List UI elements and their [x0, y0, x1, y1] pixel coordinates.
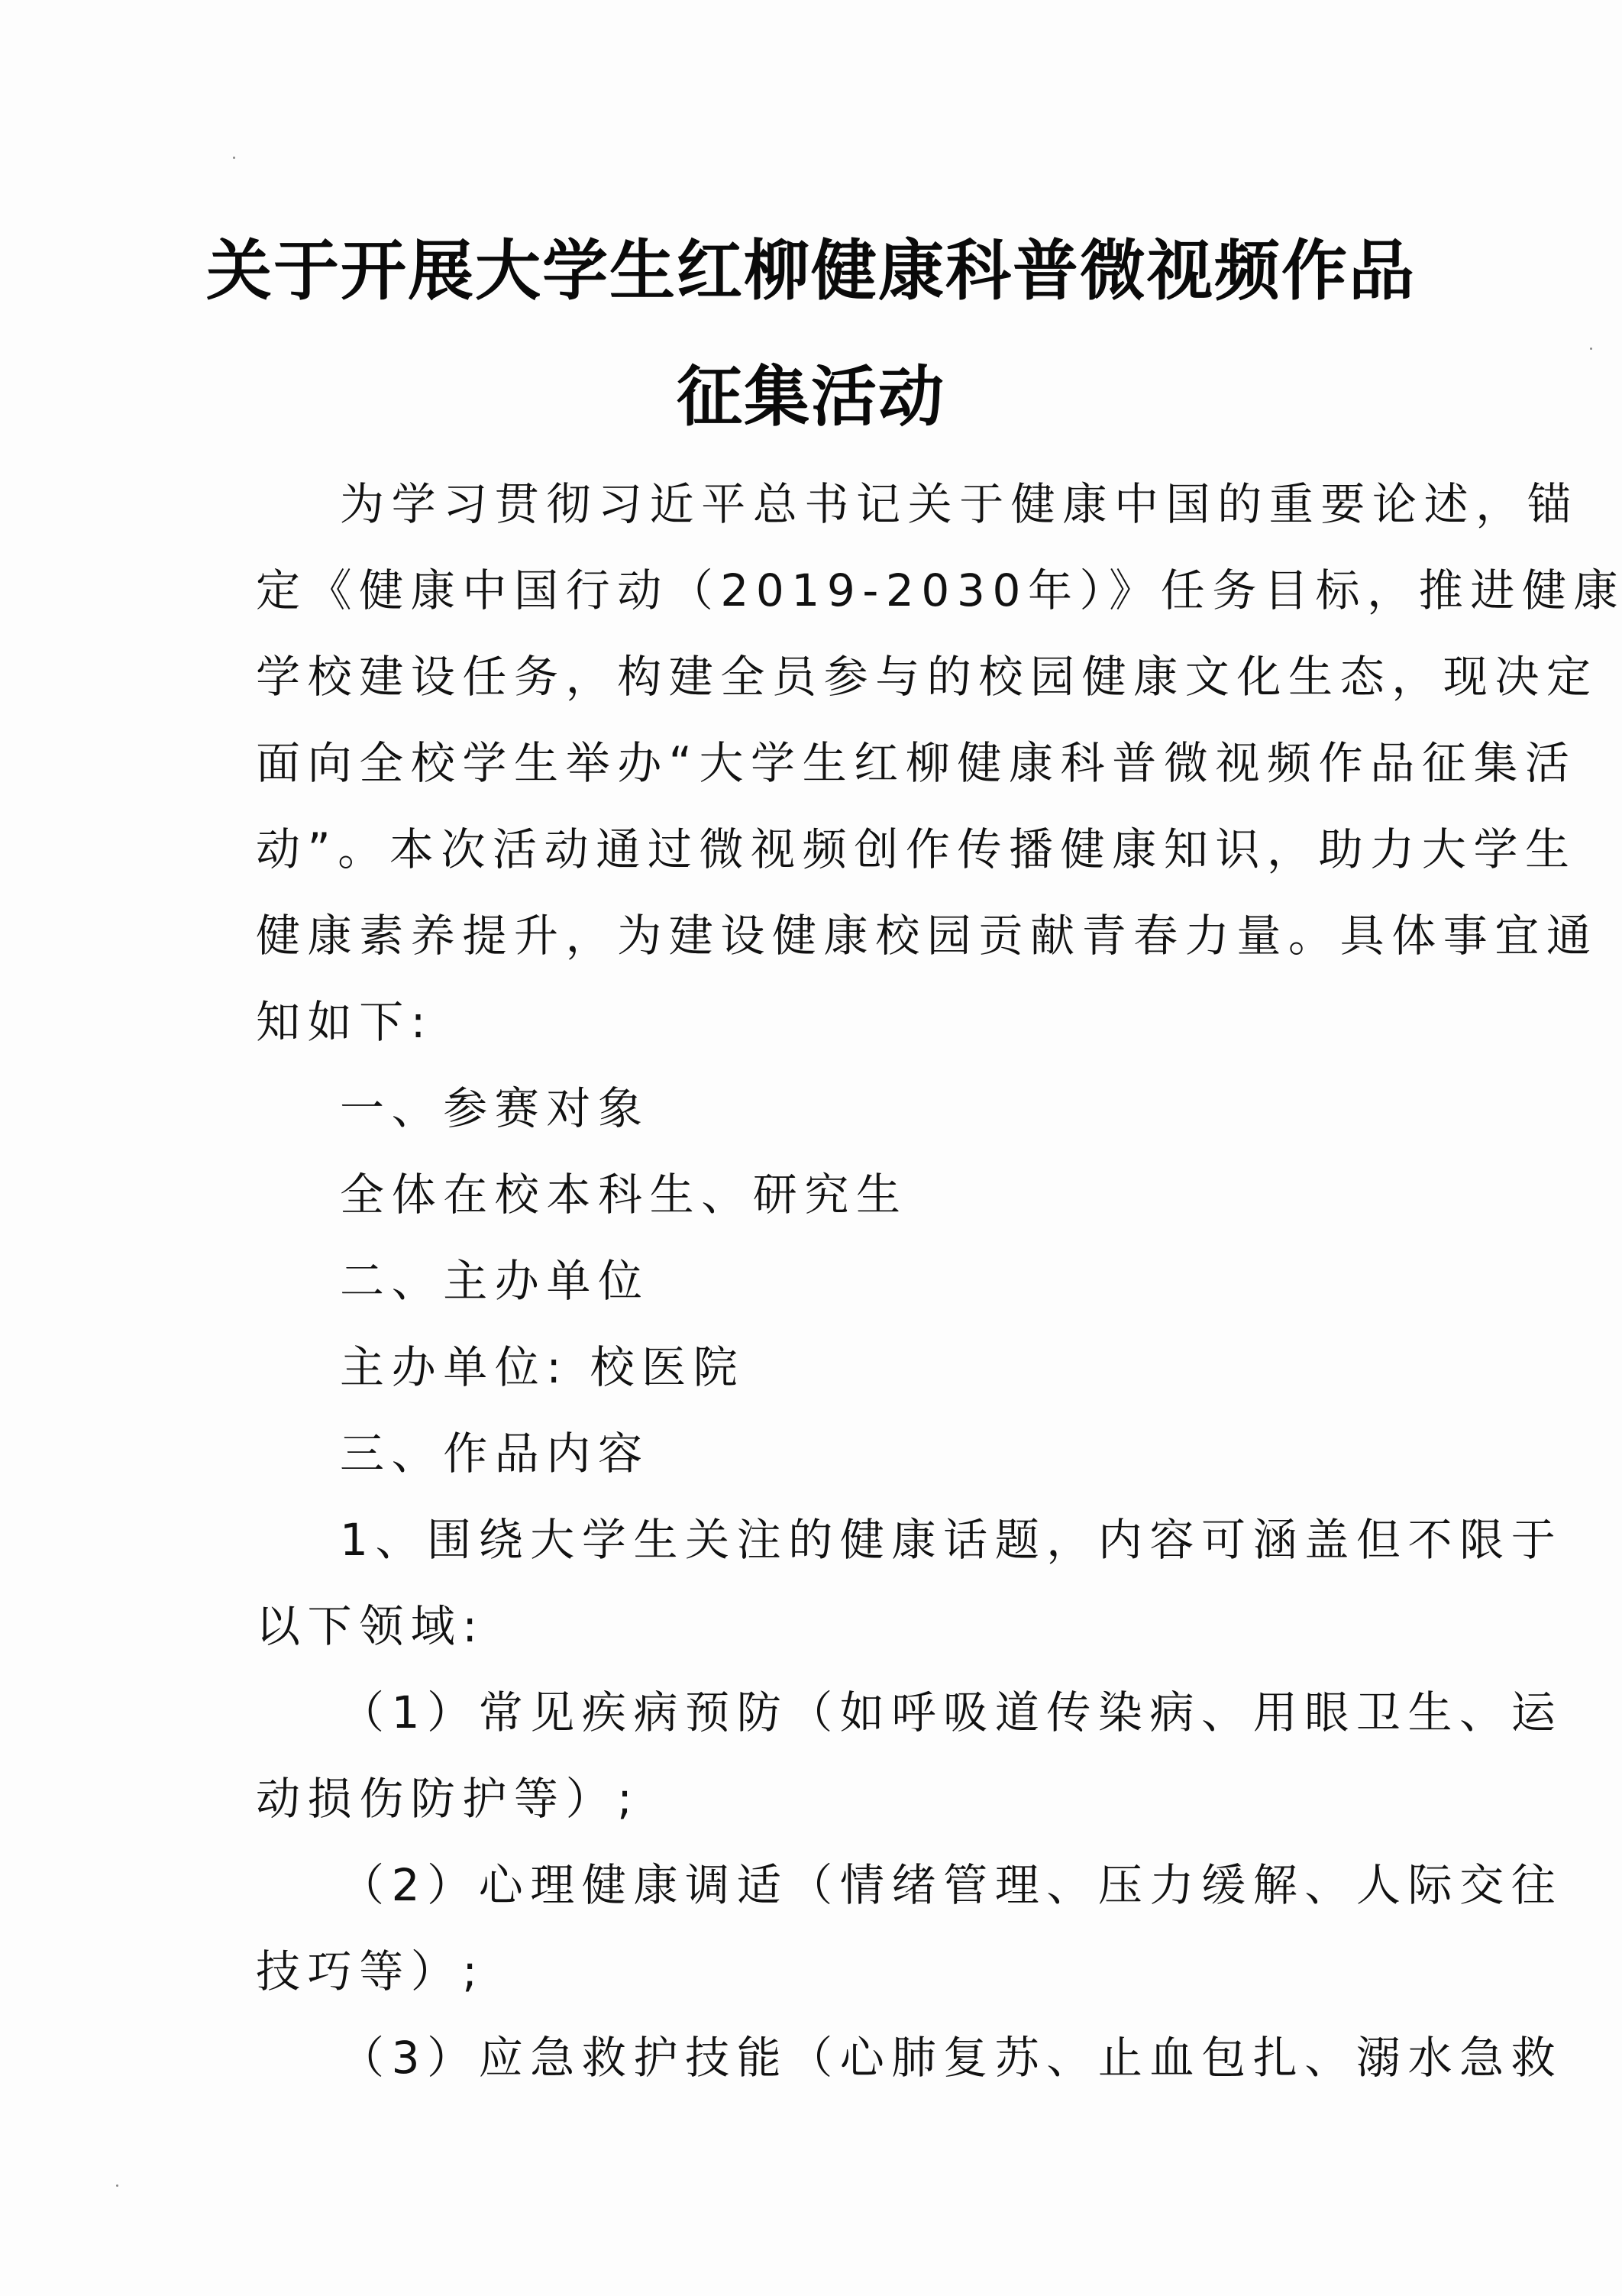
section-body-participants: 全体在校本科生、研究生	[340, 1168, 1462, 1221]
content-line: （2）心理健康调适（情绪管理、压力缓解、人际交往	[340, 1858, 1462, 1912]
intro-line: 学校建设任务，构建全员参与的校园健康文化生态，现决定	[256, 650, 1378, 703]
section-heading-organizer: 二、主办单位	[340, 1254, 1462, 1308]
section-body-organizer: 主办单位: 校医院	[340, 1340, 1462, 1394]
content-line: 1、围绕大学生关注的健康话题，内容可涵盖但不限于	[340, 1513, 1462, 1567]
intro-line: 知如下:	[256, 995, 1378, 1049]
document-page: 关于开展大学生红柳健康科普微视频作品 征集活动 为学习贯彻习近平总书记关于健康中…	[0, 0, 1622, 2296]
intro-line: 健康素养提升，为建设健康校园贡献青春力量。具体事宜通	[256, 909, 1378, 962]
content-line: 动损伤防护等）;	[256, 1772, 1378, 1825]
section-heading-participants: 一、参赛对象	[340, 1082, 1462, 1135]
section-heading-content: 三、作品内容	[340, 1427, 1462, 1480]
scan-speck	[116, 2184, 118, 2187]
intro-line: 动”。本次活动通过微视频创作传播健康知识，助力大学生	[256, 823, 1378, 876]
intro-line: 定《健康中国行动（2019-2030年）》任务目标，推进健康	[256, 564, 1378, 617]
document-title-line-2: 征集活动	[0, 344, 1622, 438]
content-line: （1）常见疾病预防（如呼吸道传染病、用眼卫生、运	[340, 1686, 1462, 1739]
content-line: （3）应急救护技能（心肺复苏、止血包扎、溺水急救	[340, 2031, 1462, 2084]
scan-speck	[233, 157, 235, 159]
intro-line: 面向全校学生举办“大学生红柳健康科普微视频作品征集活	[256, 736, 1378, 790]
document-title-line-1: 关于开展大学生红柳健康科普微视频作品	[0, 218, 1622, 312]
content-line: 以下领域:	[256, 1599, 1378, 1653]
content-line: 技巧等）;	[256, 1945, 1378, 1998]
intro-line: 为学习贯彻习近平总书记关于健康中国的重要论述，锚	[340, 477, 1462, 531]
scan-speck	[1590, 348, 1592, 350]
